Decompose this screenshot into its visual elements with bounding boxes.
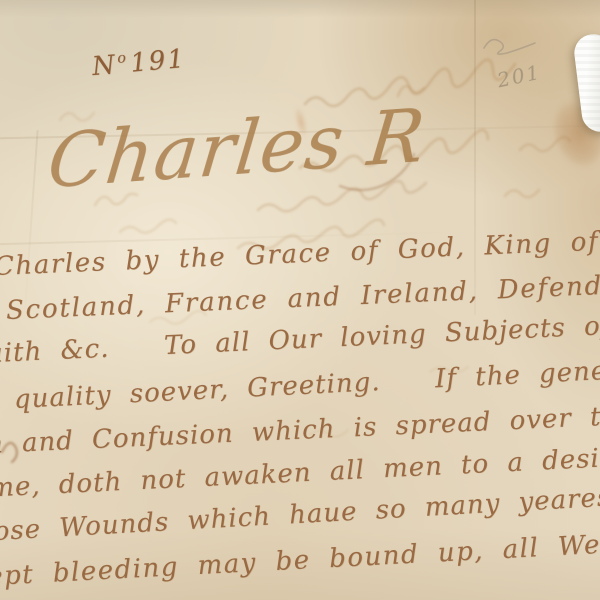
pencil-squiggle bbox=[478, 26, 548, 60]
pencil-folio-number: 201 bbox=[495, 60, 543, 93]
royal-signature: Charles R bbox=[44, 92, 430, 205]
document-number-prefix: N bbox=[91, 50, 118, 82]
vertical-crease bbox=[474, 0, 476, 315]
document-number-value: 191 bbox=[129, 44, 187, 79]
vertical-crease bbox=[23, 130, 38, 320]
document-number-superscript: o bbox=[117, 50, 129, 67]
manuscript-photo: No191 201 Charles R Charles by the Grace… bbox=[0, 0, 600, 600]
manuscript-line-1: Charles by the Grace of God, King of Eng… bbox=[0, 221, 600, 282]
document-number: No191 bbox=[91, 44, 187, 82]
